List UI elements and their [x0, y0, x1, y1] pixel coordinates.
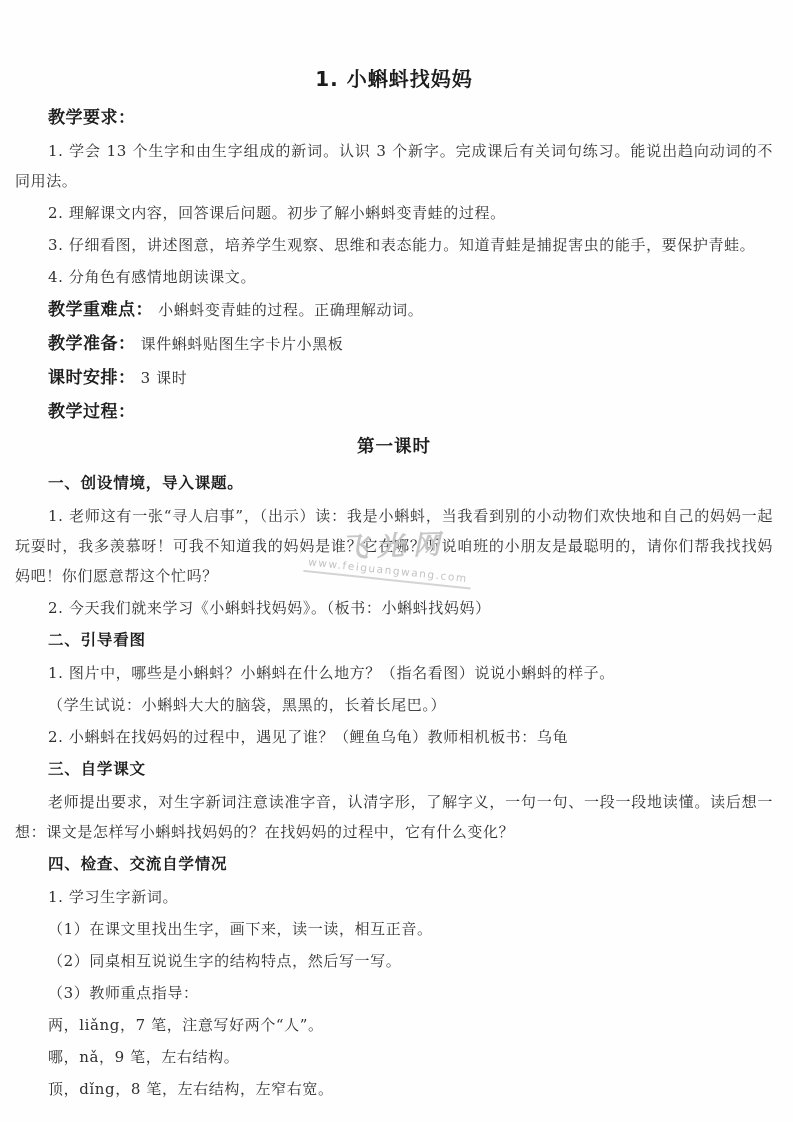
- section-2-paragraph-2: （学生试说：小蝌蚪大大的脑袋，黑黑的，长着长尾巴。）: [15, 690, 773, 720]
- key-points-text: 小蝌蚪变青蛙的过程。正确理解动词。: [158, 301, 423, 319]
- document-title: 1. 小蝌蚪找妈妈: [15, 64, 773, 94]
- requirement-item-1: 1. 学会 13 个生字和由生字组成的新词。认识 3 个新字。完成课后有关词句练…: [15, 136, 773, 196]
- preparation-text: 课件蝌蚪贴图生字卡片小黑板: [141, 335, 344, 353]
- key-points-line: 教学重难点： 小蝌蚪变青蛙的过程。正确理解动词。: [15, 294, 773, 326]
- section-4-paragraph-4: （3）教师重点指导：: [15, 978, 773, 1008]
- section-4-paragraph-2: （1）在课文里找出生字，画下来，读一读，相互正音。: [15, 914, 773, 944]
- section-3-heading: 三、自学课文: [15, 754, 773, 785]
- section-2-paragraph-3: 2. 小蝌蚪在找妈妈的过程中，遇见了谁？（鲤鱼乌龟）教师相机板书：乌龟: [15, 722, 773, 752]
- preparation-label: 教学准备：: [48, 334, 136, 354]
- section-1-heading: 一、创设情境，导入课题。: [15, 468, 773, 499]
- schedule-label: 课时安排：: [48, 368, 136, 388]
- section-1-paragraph-2: 2. 今天我们就来学习《小蝌蚪找妈妈》。（板书：小蝌蚪找妈妈）: [15, 593, 773, 623]
- stroke-note-ding: 顶，dǐng，8 笔，左右结构，左窄右宽。: [15, 1074, 773, 1104]
- section-2-paragraph-1: 1. 图片中，哪些是小蝌蚪？小蝌蚪在什么地方？（指名看图）说说小蝌蚪的样子。: [15, 658, 773, 688]
- requirement-item-3: 3. 仔细看图，讲述图意，培养学生观察、思维和表态能力。知道青蛙是捕捉害虫的能手…: [15, 230, 773, 260]
- document-page: 1. 小蝌蚪找妈妈 教学要求： 1. 学会 13 个生字和由生字组成的新词。认识…: [0, 0, 793, 1122]
- section-3-paragraph-1: 老师提出要求，对生字新词注意读准字音，认清字形，了解字义，一句一句、一段一段地读…: [15, 787, 773, 847]
- schedule-text: 3 课时: [141, 369, 188, 387]
- preparation-line: 教学准备： 课件蝌蚪贴图生字卡片小黑板: [15, 328, 773, 360]
- section-4-heading: 四、检查、交流自学情况: [15, 849, 773, 880]
- section-2-heading: 二、引导看图: [15, 625, 773, 656]
- lesson-1-title: 第一课时: [15, 431, 773, 463]
- schedule-line: 课时安排： 3 课时: [15, 362, 773, 394]
- key-points-label: 教学重难点：: [48, 300, 153, 320]
- stroke-note-liang: 两，liǎng，7 笔，注意写好两个“人”。: [15, 1010, 773, 1040]
- stroke-note-na: 哪，nǎ，9 笔，左右结构。: [15, 1042, 773, 1072]
- requirement-item-4: 4. 分角色有感情地朗读课文。: [15, 262, 773, 292]
- heading-teaching-requirements: 教学要求：: [15, 102, 773, 134]
- section-4-paragraph-3: （2）同桌相互说说生字的结构特点，然后写一写。: [15, 946, 773, 976]
- section-4-paragraph-1: 1. 学习生字新词。: [15, 882, 773, 912]
- heading-teaching-process: 教学过程：: [15, 396, 773, 428]
- section-1-paragraph-1: 1. 老师这有一张“寻人启事”，（出示）读：我是小蝌蚪，当我看到别的小动物们欢快…: [15, 501, 773, 591]
- requirement-item-2: 2. 理解课文内容，回答课后问题。初步了解小蝌蚪变青蛙的过程。: [15, 198, 773, 228]
